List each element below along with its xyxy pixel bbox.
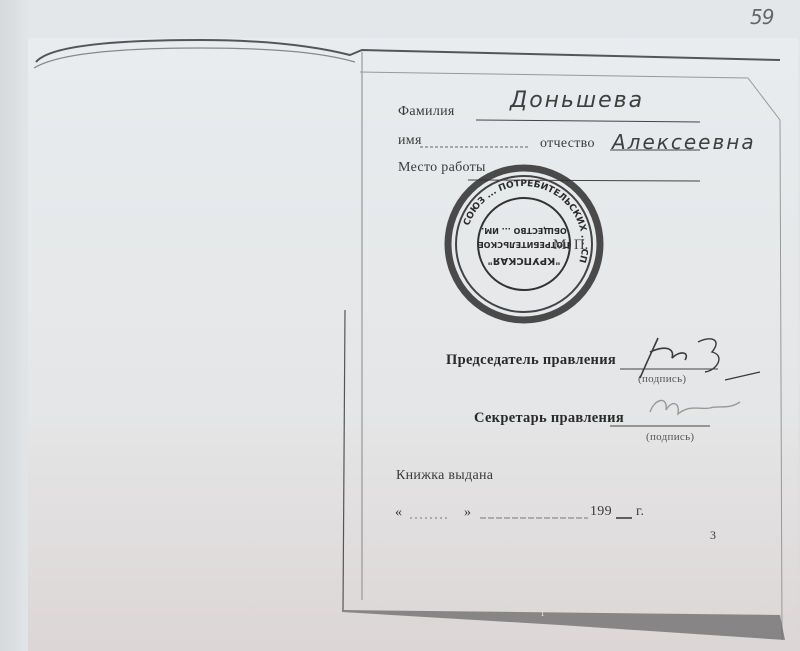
svg-text:"КРУПСКАЯ": "КРУПСКАЯ"	[488, 255, 561, 266]
archive-page-number: 59	[750, 5, 773, 29]
surname-label: Фамилия	[398, 104, 455, 120]
year-suffix: г.	[636, 504, 644, 520]
seal-mark: М. П.	[553, 237, 588, 254]
chairman-label: Председатель правления	[446, 352, 616, 369]
surname-value: Доньшева	[510, 88, 644, 113]
bottom-edge-mark: 1	[540, 608, 545, 619]
printed-page-number: 3	[710, 528, 716, 543]
secretary-signature-caption: (подпись)	[646, 431, 694, 443]
chairman-signature-caption: (подпись)	[638, 373, 686, 385]
issued-label: Книжка выдана	[396, 468, 493, 484]
patronymic-label: отчество	[540, 136, 595, 152]
svg-text:ОБЩЕСТВО ... ИМ.: ОБЩЕСТВО ... ИМ.	[481, 226, 567, 235]
workplace-label: Место работы	[398, 160, 486, 176]
secretary-label: Секретарь правления	[474, 410, 624, 427]
page-outlines: "КРУПСКАЯ" ПОТРЕБИТЕЛЬСКОЕ ОБЩЕСТВО ... …	[0, 0, 800, 651]
date-open-quote: «	[395, 505, 402, 521]
patronymic-value: Алексеевна	[612, 130, 756, 154]
name-label: имя	[398, 133, 422, 149]
year-prefix: 199	[590, 504, 612, 520]
date-close-quote: »	[464, 505, 471, 521]
